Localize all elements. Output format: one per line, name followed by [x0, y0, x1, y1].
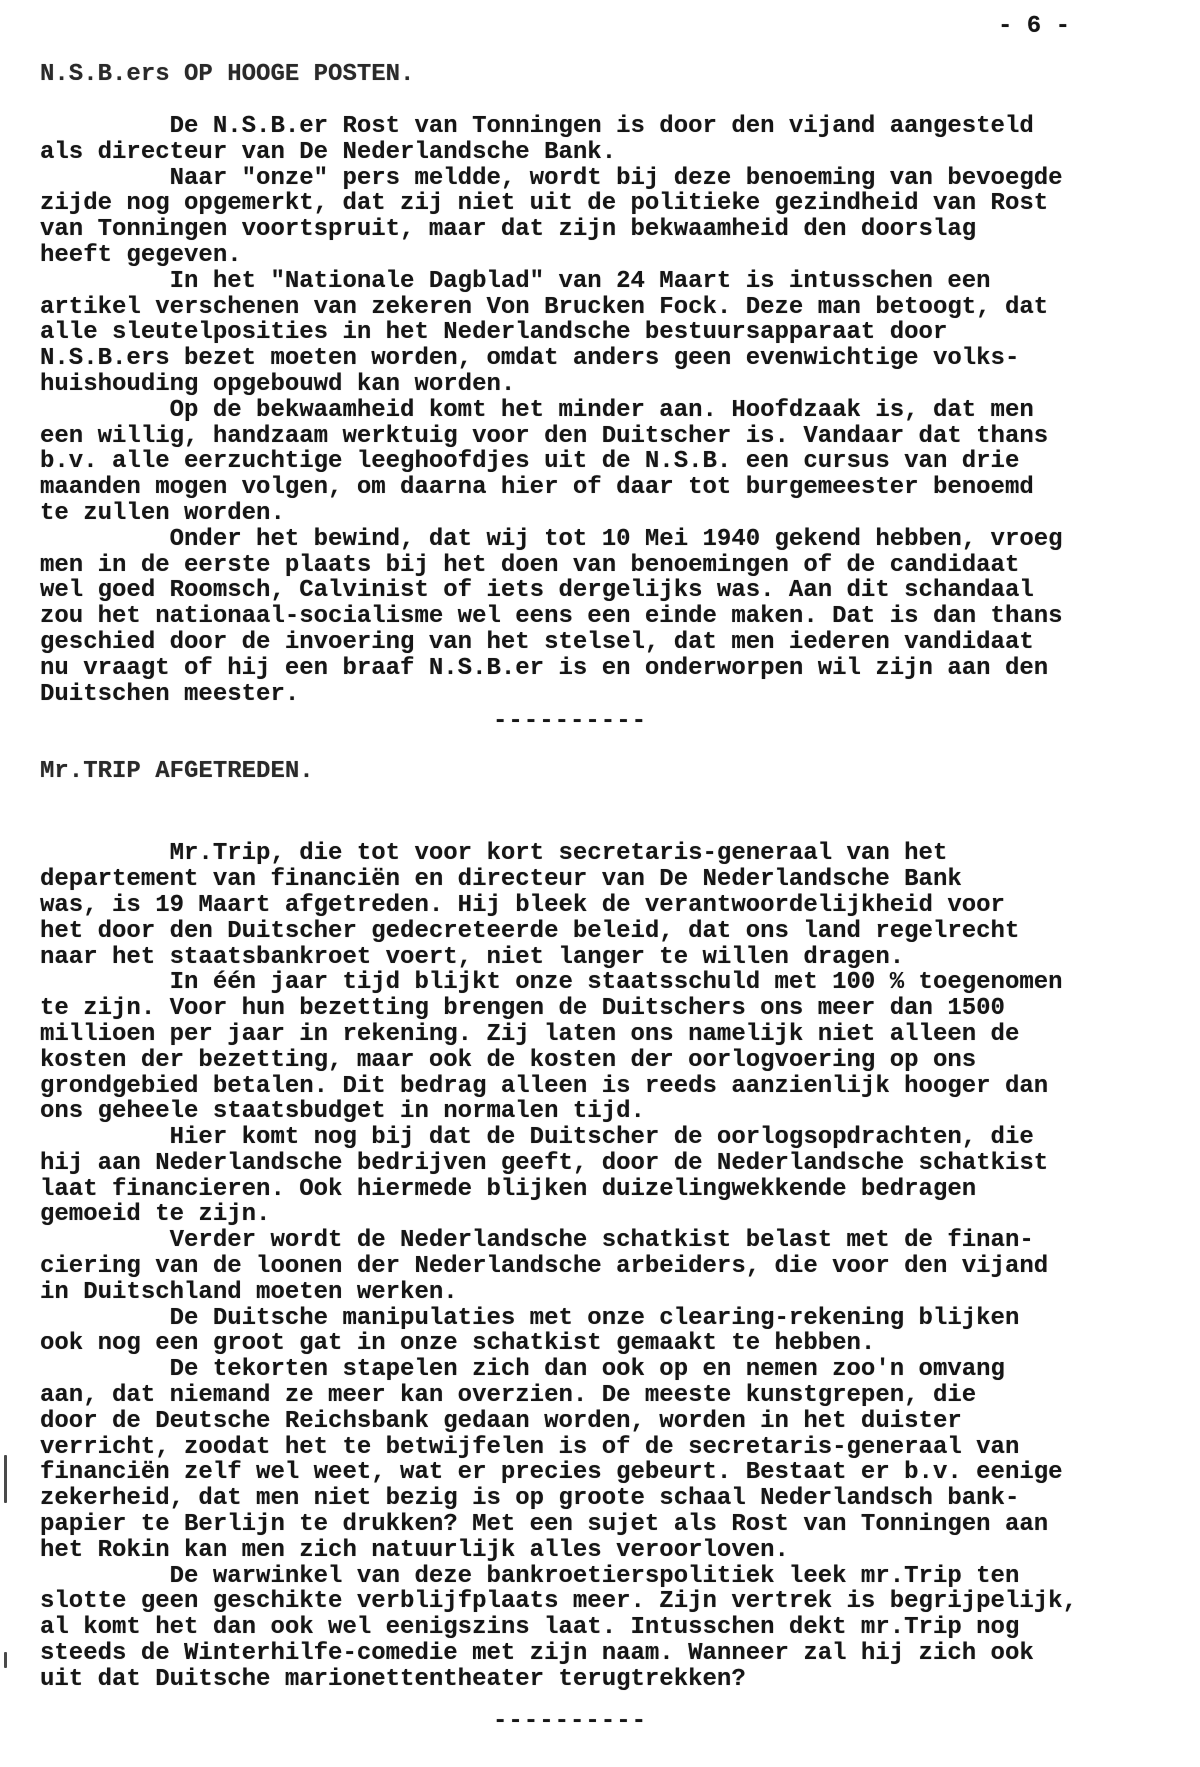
margin-mark [4, 1652, 7, 1668]
paragraph: De Duitsche manipulaties met onze cleari… [40, 1306, 1160, 1358]
article-heading: N.S.B.ers OP HOOGE POSTEN. [40, 62, 1160, 88]
document-page: - 6 - N.S.B.ers OP HOOGE POSTEN. De N.S.… [0, 0, 1200, 1767]
paragraph: Naar "onze" pers meldde, wordt bij deze … [40, 166, 1160, 269]
section-separator: ---------- [40, 709, 1100, 735]
paragraph: Op de bekwaamheid komt het minder aan. H… [40, 398, 1160, 527]
margin-mark [4, 1455, 7, 1503]
paragraph: Hier komt nog bij dat de Duitscher de oo… [40, 1125, 1160, 1228]
paragraph: In het "Nationale Dagblad" van 24 Maart … [40, 269, 1160, 398]
paragraph: De N.S.B.er Rost van Tonningen is door d… [40, 114, 1160, 166]
paragraph: Verder wordt de Nederlandsche schatkist … [40, 1228, 1160, 1305]
paragraph: De tekorten stapelen zich dan ook op en … [40, 1357, 1160, 1563]
paragraph: Onder het bewind, dat wij tot 10 Mei 194… [40, 527, 1160, 708]
paragraph: Mr.Trip, die tot voor kort secretaris-ge… [40, 841, 1160, 970]
article-mr-trip-afgetreden: Mr.TRIP AFGETREDEN. Mr.Trip, die tot voo… [40, 759, 1160, 1734]
article-heading: Mr.TRIP AFGETREDEN. [40, 759, 1160, 785]
page-number: - 6 - [40, 14, 1160, 40]
document-content: - 6 - N.S.B.ers OP HOOGE POSTEN. De N.S.… [0, 0, 1200, 1735]
article-nsbers-op-hooge-posten: N.S.B.ers OP HOOGE POSTEN. De N.S.B.er R… [40, 62, 1160, 735]
section-separator: ---------- [40, 1709, 1100, 1735]
paragraph: In één jaar tijd blijkt onze staatsschul… [40, 970, 1160, 1125]
paragraph: De warwinkel van deze bankroetierspoliti… [40, 1564, 1160, 1693]
